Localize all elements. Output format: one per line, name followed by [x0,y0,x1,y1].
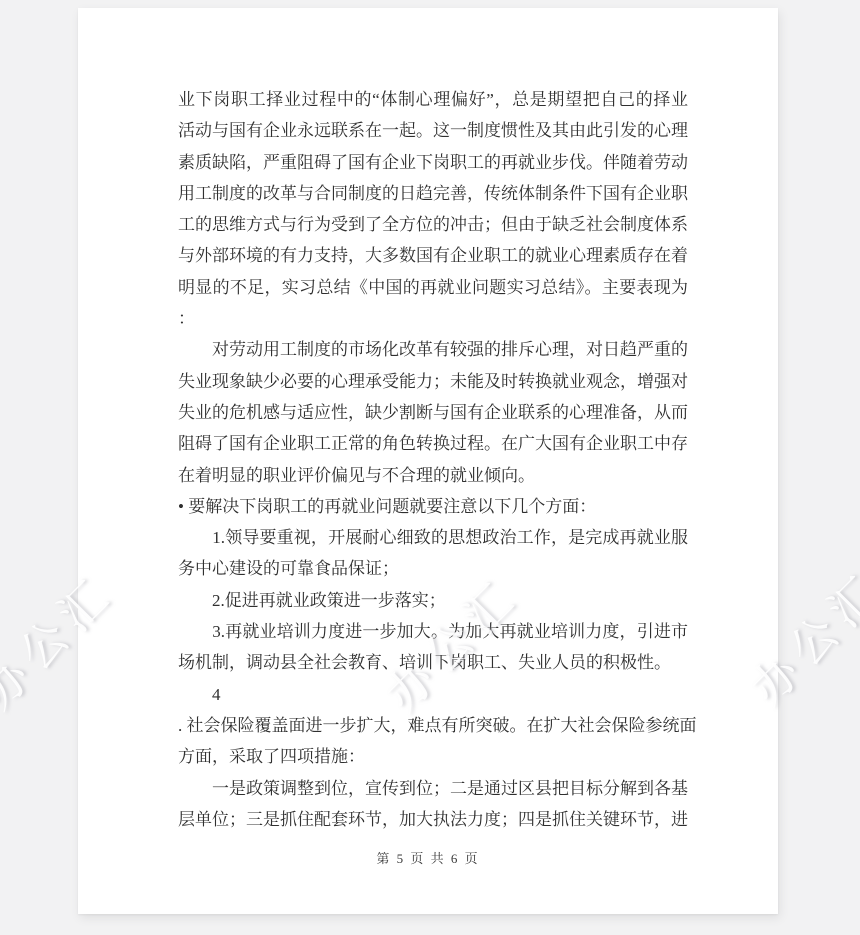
text-line: 1.领导要重视，开展耐心细致的思想政治工作，是完成再就业服 [178,522,688,553]
text-line: . 社会保险覆盖面进一步扩大，难点有所突破。在扩大社会保险参统面 [178,710,688,741]
text-line: 活动与国有企业永远联系在一起。这一制度惯性及其由此引发的心理 [178,115,688,146]
text-line: 工的思维方式与行为受到了全方位的冲击；但由于缺乏社会制度体系 [178,209,688,240]
text-line: 明显的不足，实习总结《中国的再就业问题实习总结》。主要表现为 [178,272,688,303]
text-line: ： [178,303,688,334]
text-line: 阻碍了国有企业职工正常的角色转换过程。在广大国有企业职工中存 [178,428,688,459]
text-line: 失业的危机感与适应性，缺少割断与国有企业联系的心理准备，从而 [178,397,688,428]
text-line: 在着明显的职业评价偏见与不合理的就业倾向。 [178,460,688,491]
text-line: 务中心建设的可靠食品保证； [178,553,688,584]
text-line: 方面，采取了四项措施： [178,741,688,772]
text-line: 业下岗职工择业过程中的“体制心理偏好”，总是期望把自己的择业 [178,84,688,115]
text-line: 一是政策调整到位，宣传到位；二是通过区县把目标分解到各基 [178,773,688,804]
text-line: 层单位；三是抓住配套环节，加大执法力度；四是抓住关键环节，进 [178,804,688,835]
text-line: 2.促进再就业政策进一步落实； [178,585,688,616]
text-line: 对劳动用工制度的市场化改革有较强的排斥心理，对日趋严重的 [178,334,688,365]
document-body: 业下岗职工择业过程中的“体制心理偏好”，总是期望把自己的择业活动与国有企业永远联… [178,84,688,835]
page-number-footer: 第 5 页 共 6 页 [78,850,778,868]
text-line: 素质缺陷，严重阻碍了国有企业下岗职工的再就业步伐。伴随着劳动 [178,147,688,178]
text-line: • 要解决下岗职工的再就业问题就要注意以下几个方面： [178,491,688,522]
text-line: 与外部环境的有力支持，大多数国有企业职工的就业心理素质存在着 [178,240,688,271]
text-line: 4 [178,679,688,710]
document-page: 业下岗职工择业过程中的“体制心理偏好”，总是期望把自己的择业活动与国有企业永远联… [78,8,778,914]
text-line: 用工制度的改革与合同制度的日趋完善，传统体制条件下国有企业职 [178,178,688,209]
text-line: 3.再就业培训力度进一步加大。为加大再就业培训力度，引进市 [178,616,688,647]
text-line: 场机制，调动县全社会教育、培训下岗职工、失业人员的积极性。 [178,647,688,678]
document-canvas: 业下岗职工择业过程中的“体制心理偏好”，总是期望把自己的择业活动与国有企业永远联… [0,0,860,935]
text-line: 失业现象缺少必要的心理承受能力；未能及时转换就业观念，增强对 [178,366,688,397]
